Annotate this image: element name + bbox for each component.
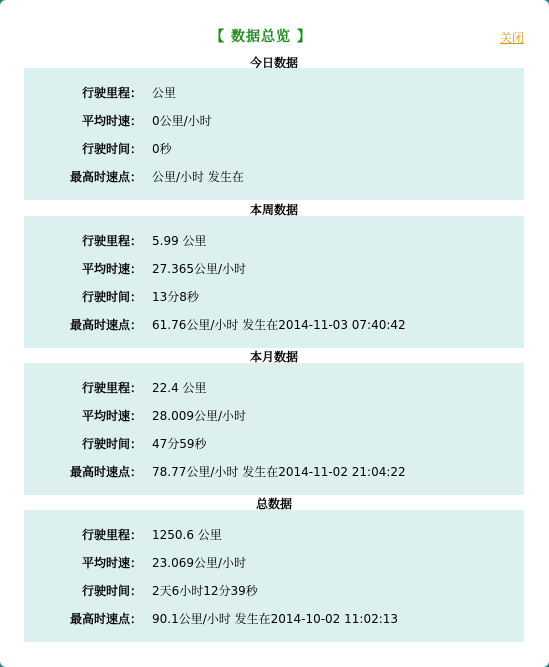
row-avg-speed: 平均时速： 0公里/小时 — [24, 111, 524, 131]
row-top-speed: 最高时速点： 78.77公里/小时 发生在2014-11-02 21:04:22 — [24, 462, 524, 482]
top-speed-label: 最高时速点： — [70, 315, 142, 335]
avg-speed-value: 27.365公里/小时 — [152, 259, 246, 279]
panel-today: 行驶里程： 公里 平均时速： 0公里/小时 行驶时间： 0秒 最高时速点： 公里… — [24, 68, 524, 200]
row-top-speed: 最高时速点： 90.1公里/小时 发生在2014-10-02 11:02:13 — [24, 609, 524, 629]
avg-speed-value: 23.069公里/小时 — [152, 553, 246, 573]
panel-month: 行驶里程： 22.4 公里 平均时速： 28.009公里/小时 行驶时间： 47… — [24, 363, 524, 495]
top-speed-label: 最高时速点： — [70, 609, 142, 629]
data-overview-dialog: 【 数据总览 】 关闭 今日数据 行驶里程： 公里 平均时速： 0公里/小时 行… — [0, 0, 549, 667]
duration-label: 行驶时间： — [82, 434, 142, 454]
row-duration: 行驶时间： 2天6小时12分39秒 — [24, 581, 524, 601]
duration-value: 0秒 — [152, 139, 172, 159]
distance-label: 行驶里程： — [82, 231, 142, 251]
duration-value: 2天6小时12分39秒 — [152, 581, 258, 601]
avg-speed-label: 平均时速： — [82, 259, 142, 279]
top-speed-value: 公里/小时 发生在 — [152, 167, 244, 187]
distance-label: 行驶里程： — [82, 378, 142, 398]
distance-value: 22.4 公里 — [152, 378, 207, 398]
duration-label: 行驶时间： — [82, 139, 142, 159]
row-avg-speed: 平均时速： 23.069公里/小时 — [24, 553, 524, 573]
row-distance: 行驶里程： 1250.6 公里 — [24, 525, 524, 545]
top-speed-label: 最高时速点： — [70, 462, 142, 482]
distance-value: 5.99 公里 — [152, 231, 207, 251]
panel-week: 行驶里程： 5.99 公里 平均时速： 27.365公里/小时 行驶时间： 13… — [24, 216, 524, 348]
top-speed-value: 78.77公里/小时 发生在2014-11-02 21:04:22 — [152, 462, 406, 482]
avg-speed-value: 28.009公里/小时 — [152, 406, 246, 426]
row-duration: 行驶时间： 13分8秒 — [24, 287, 524, 307]
distance-value: 1250.6 公里 — [152, 525, 222, 545]
distance-label: 行驶里程： — [82, 525, 142, 545]
top-speed-label: 最高时速点： — [70, 167, 142, 187]
panel-total: 行驶里程： 1250.6 公里 平均时速： 23.069公里/小时 行驶时间： … — [24, 510, 524, 642]
avg-speed-label: 平均时速： — [82, 553, 142, 573]
row-distance: 行驶里程： 公里 — [24, 83, 524, 103]
row-duration: 行驶时间： 0秒 — [24, 139, 524, 159]
row-avg-speed: 平均时速： 28.009公里/小时 — [24, 406, 524, 426]
avg-speed-label: 平均时速： — [82, 406, 142, 426]
top-speed-value: 61.76公里/小时 发生在2014-11-03 07:40:42 — [152, 315, 406, 335]
row-distance: 行驶里程： 22.4 公里 — [24, 378, 524, 398]
row-duration: 行驶时间： 47分59秒 — [24, 434, 524, 454]
close-link[interactable]: 关闭 — [500, 29, 524, 46]
duration-label: 行驶时间： — [82, 581, 142, 601]
row-distance: 行驶里程： 5.99 公里 — [24, 231, 524, 251]
dialog-title: 【 数据总览 】 — [0, 26, 522, 46]
row-top-speed: 最高时速点： 公里/小时 发生在 — [24, 167, 524, 187]
duration-label: 行驶时间： — [82, 287, 142, 307]
top-speed-value: 90.1公里/小时 发生在2014-10-02 11:02:13 — [152, 609, 398, 629]
distance-value: 公里 — [152, 83, 176, 103]
avg-speed-value: 0公里/小时 — [152, 111, 212, 131]
row-avg-speed: 平均时速： 27.365公里/小时 — [24, 259, 524, 279]
avg-speed-label: 平均时速： — [82, 111, 142, 131]
duration-value: 13分8秒 — [152, 287, 199, 307]
duration-value: 47分59秒 — [152, 434, 207, 454]
distance-label: 行驶里程： — [82, 83, 142, 103]
row-top-speed: 最高时速点： 61.76公里/小时 发生在2014-11-03 07:40:42 — [24, 315, 524, 335]
